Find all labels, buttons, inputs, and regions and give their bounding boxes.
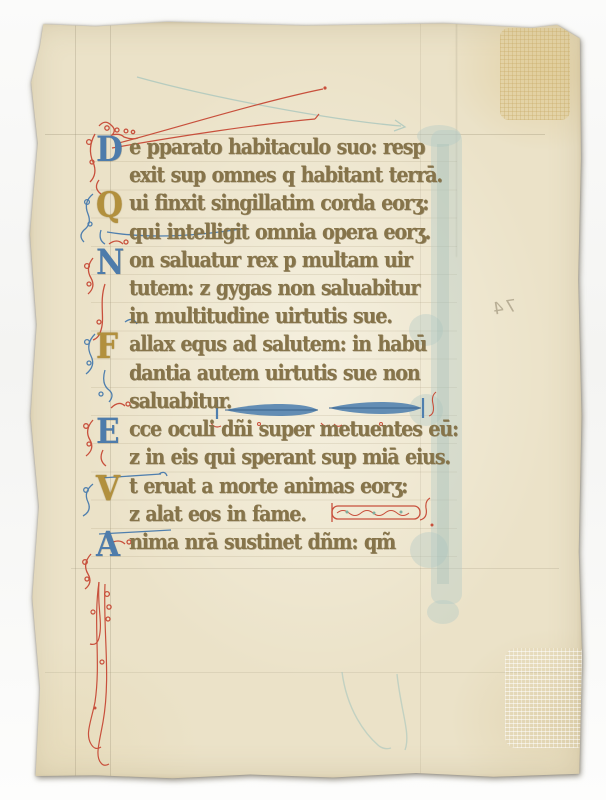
illuminated-initial-E: E <box>96 411 120 451</box>
line-text: in multitudine uirtutis sue. <box>129 304 392 329</box>
manuscript-text-line: tutem: z gygas non saluabitur <box>129 276 419 307</box>
manuscript-text-line: N on saluatur rex p multam uir <box>129 248 412 279</box>
line-text: cce oculi dñi super metuentes eū: <box>129 417 458 442</box>
line-text: on saluatur rex p multam uir <box>129 248 412 273</box>
illuminated-initial-N: N <box>96 242 124 282</box>
line-text: saluabitur. <box>129 389 231 414</box>
line-text: e pparato habitaculo suo: resp <box>129 135 424 160</box>
manuscript-text-line: V t eruat a morte animas eorʒ: <box>129 474 407 505</box>
line-text: z in eis qui sperant sup miā eius. <box>129 445 450 470</box>
line-text: qui intelligit omnia opera eorʒ. <box>129 220 430 245</box>
manuscript-text-line: z in eis qui sperant sup miā eius. <box>129 445 450 476</box>
leaf-shadow-wrap: 74 D e pparato habitaculo suo: resp exit… <box>29 22 582 779</box>
line-text: dantia autem uirtutis sue non <box>129 361 420 386</box>
line-text: nima nrā sustinet dñm: qm̃ <box>129 530 395 555</box>
manuscript-text-line: F allax equs ad salutem: in habū <box>129 332 426 363</box>
manuscript-text-line: A nima nrā sustinet dñm: qm̃ <box>129 530 395 561</box>
illuminated-initial-Q: Q <box>96 185 123 225</box>
illuminated-initial-F: F <box>96 326 118 366</box>
manuscript-text-line: Q ui finxit singillatim corda eorʒ: <box>129 191 428 222</box>
manuscript-text-line: E cce oculi dñi super metuentes eū: <box>129 417 458 448</box>
manuscript-leaf: 74 D e pparato habitaculo suo: resp exit… <box>29 22 582 779</box>
text-block: D e pparato habitaculo suo: resp exit su… <box>29 22 582 779</box>
manuscript-text-line: D e pparato habitaculo suo: resp <box>129 135 424 166</box>
manuscript-text-line: in multitudine uirtutis sue. <box>129 304 392 335</box>
line-text: exit sup omnes q habitant terrā. <box>129 163 442 188</box>
line-text: t eruat a morte animas eorʒ: <box>129 474 407 499</box>
manuscript-text-line: saluabitur. <box>129 389 231 420</box>
manuscript-text-line: qui intelligit omnia opera eorʒ. <box>129 220 430 251</box>
illuminated-initial-V: V <box>96 468 120 508</box>
line-text: z alat eos in fame. <box>129 502 306 527</box>
line-text: tutem: z gygas non saluabitur <box>129 276 419 301</box>
manuscript-text-line: exit sup omnes q habitant terrā. <box>129 163 442 194</box>
manuscript-text-line: dantia autem uirtutis sue non <box>129 361 420 392</box>
photo-matte: 74 D e pparato habitaculo suo: resp exit… <box>0 0 606 800</box>
line-text: allax equs ad salutem: in habū <box>129 332 426 357</box>
line-text: ui finxit singillatim corda eorʒ: <box>129 191 428 216</box>
illuminated-initial-D: D <box>96 129 123 169</box>
manuscript-text-line: z alat eos in fame. <box>129 502 306 533</box>
illuminated-initial-A: A <box>96 524 120 564</box>
